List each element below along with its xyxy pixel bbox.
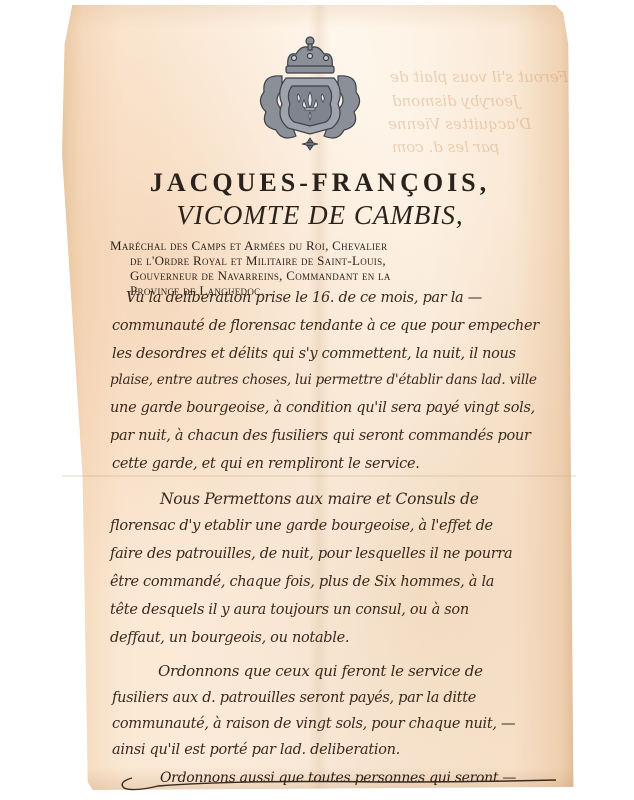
styles-line: Gouverneur de Navarreins, Commandant en … <box>110 268 530 283</box>
handwritten-line: tête desquels il y aura toujours un cons… <box>110 602 570 618</box>
document-header: JACQUES-FRANÇOIS, VICOMTE DE CAMBIS, Mar… <box>110 168 530 298</box>
handwritten-line: Ordonnons que ceux qui feront le service… <box>158 662 618 680</box>
issuer-name: JACQUES-FRANÇOIS, <box>110 168 530 198</box>
handwritten-line: communauté, à raison de vingt sols, pour… <box>112 716 572 732</box>
styles-line: Maréchal des Camps et Armées du Roi, Che… <box>110 238 530 253</box>
bleed-through-text: par les d. com <box>392 138 499 156</box>
bleed-through-text: Jeoryby dismond <box>392 92 519 110</box>
handwritten-line: florensac d'y etablir une garde bourgeoi… <box>110 518 570 534</box>
handwritten-line: cette garde, et qui en rempliront le ser… <box>112 456 572 472</box>
paper-fold-line <box>62 475 576 477</box>
handwritten-line: Vu la deliberation prise le 16. de ce mo… <box>126 290 586 306</box>
handwritten-line: ainsi qu'il est porté par lad. deliberat… <box>112 742 572 758</box>
coat-of-arms-icon <box>252 30 368 160</box>
issuer-title: VICOMTE DE CAMBIS, <box>110 200 530 230</box>
handwritten-line: faire des patrouilles, de nuit, pour les… <box>110 546 570 562</box>
styles-line: de l'Ordre Royal et Militaire de Saint-L… <box>110 253 530 268</box>
handwritten-line: Nous Permettons aux maire et Consuls de <box>160 490 620 508</box>
handwritten-line: une garde bourgeoise, à condition qu'il … <box>110 400 570 416</box>
handwritten-line: par nuit, à chacun des fusiliers qui ser… <box>110 428 570 444</box>
handwritten-line: communauté de florensac tendante à ce qu… <box>112 318 572 334</box>
issuer-styles: Maréchal des Camps et Armées du Roi, Che… <box>110 238 530 298</box>
handwritten-line: fusiliers aux d. patrouilles seront payé… <box>112 690 572 706</box>
handwritten-line: plaise, entre autres choses, lui permett… <box>110 372 570 388</box>
handwritten-line: les desordres et délits qui s'y commette… <box>112 346 572 362</box>
handwritten-line: deffaut, un bourgeois, ou notable. <box>110 630 570 646</box>
closing-flourish-icon <box>118 770 558 796</box>
bleed-through-text: D'acquittes Vienne <box>388 115 531 133</box>
bleed-through-text: Ferout s'il vous plait de <box>390 68 568 86</box>
handwritten-line: être commandé, chaque fois, plus de Six … <box>110 574 570 590</box>
